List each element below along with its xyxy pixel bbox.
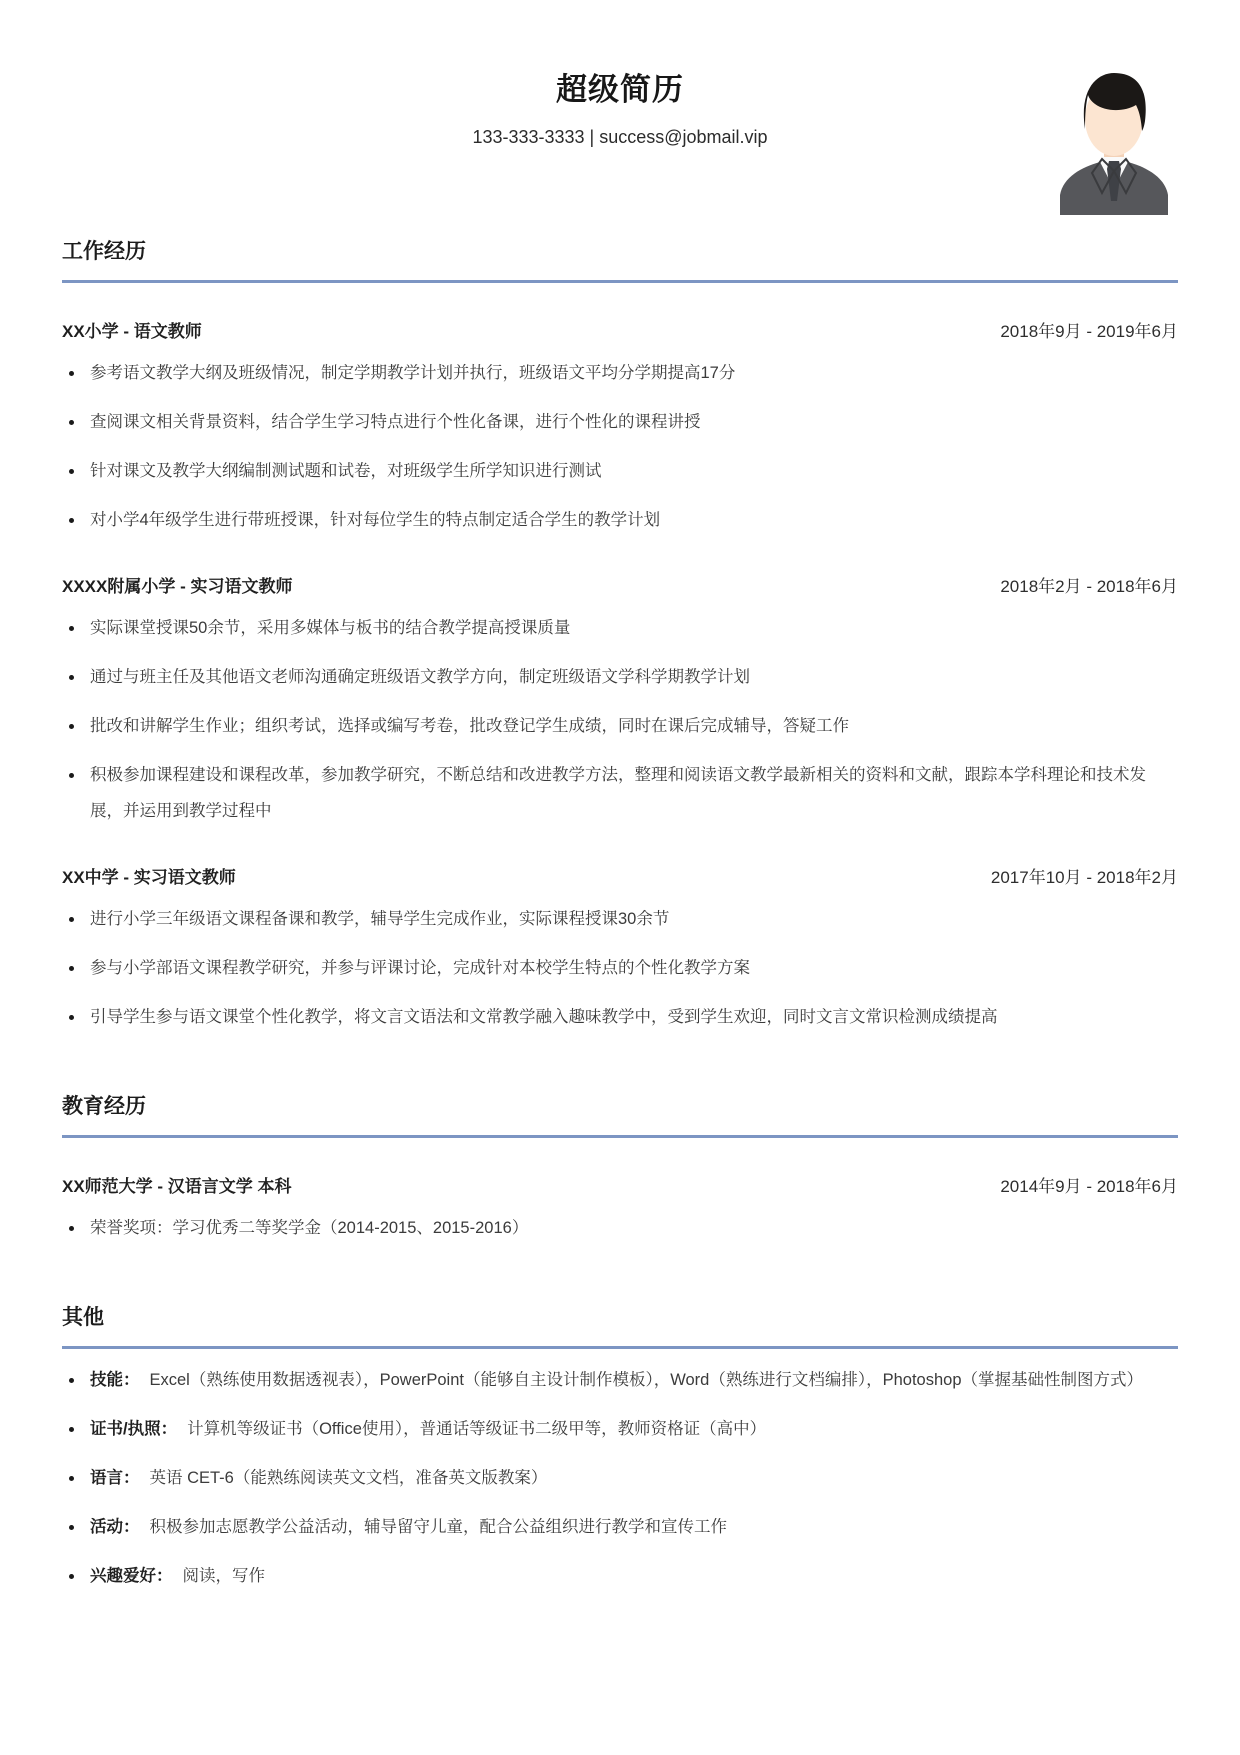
bullet-item: 进行小学三年级语文课程备课和教学，辅导学生完成作业，实际课程授课30余节	[62, 901, 1178, 937]
entry-header: XXXX附属小学 - 实习语文教师 2018年2月 - 2018年6月	[62, 572, 1178, 597]
bullet-content: 引导学生参与语文课堂个性化教学，将文言文语法和文常教学融入趣味教学中，受到学生欢…	[90, 1008, 998, 1026]
bullet-list: 荣誉奖项：学习优秀二等奖学金（2014-2015、2015-2016）	[62, 1210, 1178, 1246]
resume-body: 工作经历 XX小学 - 语文教师 2018年9月 - 2019年6月 参考语文教…	[62, 238, 1178, 1594]
section-title: 其他	[62, 1304, 1178, 1331]
bullet-item: 针对课文及教学大纲编制测试题和试卷，对班级学生所学知识进行测试	[62, 453, 1178, 489]
male-avatar-icon	[1058, 67, 1170, 215]
bullet-text: 荣誉奖项：学习优秀二等奖学金（2014-2015、2015-2016）	[90, 1219, 528, 1237]
section-title: 工作经历	[62, 238, 1178, 265]
bullet-dot-icon	[69, 518, 74, 523]
bullet-item: 实际课堂授课50余节，采用多媒体与板书的结合教学提高授课质量	[62, 610, 1178, 646]
bullet-content: 通过与班主任及其他语文老师沟通确定班级语文教学方向，制定班级语文学科学期教学计划	[90, 668, 750, 686]
resume-section: 工作经历 XX小学 - 语文教师 2018年9月 - 2019年6月 参考语文教…	[62, 238, 1178, 1035]
bullet-dot-icon	[69, 469, 74, 474]
bullet-content: 批改和讲解学生作业；组织考试，选择或编写考卷，批改登记学生成绩，同时在课后完成辅…	[90, 717, 849, 735]
resume-entry: 技能：Excel（熟练使用数据透视表），PowerPoint（能够自主设计制作模…	[62, 1362, 1178, 1594]
entry-date: 2014年9月 - 2018年6月	[1000, 1172, 1178, 1197]
page-title: 超级简历	[62, 0, 1178, 110]
bullet-content: 活动：积极参加志愿教学公益活动，辅导留守儿童，配合公益组织进行教学和宣传工作	[90, 1518, 727, 1536]
bullet-dot-icon	[69, 675, 74, 680]
bullet-text: 对小学4年级学生进行带班授课，针对每位学生的特点制定适合学生的教学计划	[90, 511, 660, 529]
bullet-item: 引导学生参与语文课堂个性化教学，将文言文语法和文常教学融入趣味教学中，受到学生欢…	[62, 999, 1178, 1035]
bullet-dot-icon	[69, 1226, 74, 1231]
contact-info: 133-333-3333 | success@jobmail.vip	[62, 126, 1178, 148]
bullet-item: 批改和讲解学生作业；组织考试，选择或编写考卷，批改登记学生成绩，同时在课后完成辅…	[62, 708, 1178, 744]
bullet-text: 针对课文及教学大纲编制测试题和试卷，对班级学生所学知识进行测试	[90, 462, 602, 480]
entry-header: XX中学 - 实习语文教师 2017年10月 - 2018年2月	[62, 863, 1178, 888]
bullet-content: 参考语文教学大纲及班级情况，制定学期教学计划并执行，班级语文平均分学期提高17分	[90, 364, 735, 382]
bullet-dot-icon	[69, 1476, 74, 1481]
bullet-item: 通过与班主任及其他语文老师沟通确定班级语文教学方向，制定班级语文学科学期教学计划	[62, 659, 1178, 695]
bullet-content: 实际课堂授课50余节，采用多媒体与板书的结合教学提高授课质量	[90, 619, 570, 637]
bullet-dot-icon	[69, 1525, 74, 1530]
bullet-text: 积极参加志愿教学公益活动，辅导留守儿童，配合公益组织进行教学和宣传工作	[150, 1518, 728, 1536]
bullet-label: 技能：	[90, 1371, 140, 1389]
bullet-text: 参与小学部语文课程教学研究，并参与评课讨论，完成针对本校学生特点的个性化教学方案	[90, 959, 750, 977]
entry-heading: XXXX附属小学 - 实习语文教师	[62, 572, 292, 597]
bullet-dot-icon	[69, 773, 74, 778]
avatar	[1058, 67, 1170, 215]
bullet-label: 语言：	[90, 1469, 140, 1487]
bullet-dot-icon	[69, 1015, 74, 1020]
entry-heading: XX师范大学 - 汉语言文学 本科	[62, 1172, 292, 1197]
section-title: 教育经历	[62, 1093, 1178, 1120]
resume-section: 教育经历 XX师范大学 - 汉语言文学 本科 2014年9月 - 2018年6月…	[62, 1093, 1178, 1246]
section-divider	[62, 1135, 1178, 1138]
bullet-text: 进行小学三年级语文课程备课和教学，辅导学生完成作业，实际课程授课30余节	[90, 910, 669, 928]
resume-page: 超级简历 133-333-3333 | success@jobmail.vip	[0, 0, 1240, 1755]
bullet-content: 技能：Excel（熟练使用数据透视表），PowerPoint（能够自主设计制作模…	[90, 1371, 1143, 1389]
bullet-item: 查阅课文相关背景资料，结合学生学习特点进行个性化备课，进行个性化的课程讲授	[62, 404, 1178, 440]
entry-date: 2018年2月 - 2018年6月	[1000, 572, 1178, 597]
bullet-dot-icon	[69, 1574, 74, 1579]
resume-section: 其他 技能：Excel（熟练使用数据透视表），PowerPoint（能够自主设计…	[62, 1304, 1178, 1594]
bullet-label: 证书/执照：	[90, 1420, 177, 1438]
bullet-content: 积极参加课程建设和课程改革，参加教学研究，不断总结和改进教学方法，整理和阅读语文…	[90, 766, 1146, 820]
bullet-dot-icon	[69, 1378, 74, 1383]
bullet-text: Excel（熟练使用数据透视表），PowerPoint（能够自主设计制作模板），…	[150, 1371, 1144, 1389]
bullet-item: 语言：英语 CET-6（能熟练阅读英文文档，准备英文版教案）	[62, 1460, 1178, 1496]
bullet-content: 进行小学三年级语文课程备课和教学，辅导学生完成作业，实际课程授课30余节	[90, 910, 669, 928]
bullet-item: 参与小学部语文课程教学研究，并参与评课讨论，完成针对本校学生特点的个性化教学方案	[62, 950, 1178, 986]
bullet-content: 针对课文及教学大纲编制测试题和试卷，对班级学生所学知识进行测试	[90, 462, 602, 480]
bullet-item: 荣誉奖项：学习优秀二等奖学金（2014-2015、2015-2016）	[62, 1210, 1178, 1246]
bullet-dot-icon	[69, 420, 74, 425]
bullet-content: 对小学4年级学生进行带班授课，针对每位学生的特点制定适合学生的教学计划	[90, 511, 660, 529]
bullet-item: 积极参加课程建设和课程改革，参加教学研究，不断总结和改进教学方法，整理和阅读语文…	[62, 757, 1178, 829]
bullet-label: 活动：	[90, 1518, 140, 1536]
bullet-list: 参考语文教学大纲及班级情况，制定学期教学计划并执行，班级语文平均分学期提高17分…	[62, 355, 1178, 538]
resume-entry: XX师范大学 - 汉语言文学 本科 2014年9月 - 2018年6月 荣誉奖项…	[62, 1172, 1178, 1246]
bullet-dot-icon	[69, 724, 74, 729]
bullet-list: 进行小学三年级语文课程备课和教学，辅导学生完成作业，实际课程授课30余节 参与小…	[62, 901, 1178, 1035]
bullet-item: 活动：积极参加志愿教学公益活动，辅导留守儿童，配合公益组织进行教学和宣传工作	[62, 1509, 1178, 1545]
bullet-text: 积极参加课程建设和课程改革，参加教学研究，不断总结和改进教学方法，整理和阅读语文…	[90, 766, 1146, 820]
bullet-item: 兴趣爱好：阅读，写作	[62, 1558, 1178, 1594]
section-divider	[62, 280, 1178, 283]
entry-header: XX师范大学 - 汉语言文学 本科 2014年9月 - 2018年6月	[62, 1172, 1178, 1197]
bullet-text: 参考语文教学大纲及班级情况，制定学期教学计划并执行，班级语文平均分学期提高17分	[90, 364, 735, 382]
bullet-content: 证书/执照：计算机等级证书（Office使用），普通话等级证书二级甲等，教师资格…	[90, 1420, 766, 1438]
bullet-item: 参考语文教学大纲及班级情况，制定学期教学计划并执行，班级语文平均分学期提高17分	[62, 355, 1178, 391]
resume-entry: XX小学 - 语文教师 2018年9月 - 2019年6月 参考语文教学大纲及班…	[62, 317, 1178, 538]
bullet-list: 实际课堂授课50余节，采用多媒体与板书的结合教学提高授课质量 通过与班主任及其他…	[62, 610, 1178, 829]
bullet-text: 实际课堂授课50余节，采用多媒体与板书的结合教学提高授课质量	[90, 619, 570, 637]
bullet-content: 查阅课文相关背景资料，结合学生学习特点进行个性化备课，进行个性化的课程讲授	[90, 413, 701, 431]
bullet-text: 通过与班主任及其他语文老师沟通确定班级语文教学方向，制定班级语文学科学期教学计划	[90, 668, 750, 686]
bullet-content: 语言：英语 CET-6（能熟练阅读英文文档，准备英文版教案）	[90, 1469, 547, 1487]
bullet-content: 荣誉奖项：学习优秀二等奖学金（2014-2015、2015-2016）	[90, 1219, 528, 1237]
bullet-item: 技能：Excel（熟练使用数据透视表），PowerPoint（能够自主设计制作模…	[62, 1362, 1178, 1398]
entry-heading: XX中学 - 实习语文教师	[62, 863, 236, 888]
bullet-content: 参与小学部语文课程教学研究，并参与评课讨论，完成针对本校学生特点的个性化教学方案	[90, 959, 750, 977]
section-divider	[62, 1346, 1178, 1349]
entry-header: XX小学 - 语文教师 2018年9月 - 2019年6月	[62, 317, 1178, 342]
entry-heading: XX小学 - 语文教师	[62, 317, 202, 342]
resume-entry: XXXX附属小学 - 实习语文教师 2018年2月 - 2018年6月 实际课堂…	[62, 572, 1178, 829]
bullet-dot-icon	[69, 1427, 74, 1432]
resume-entry: XX中学 - 实习语文教师 2017年10月 - 2018年2月 进行小学三年级…	[62, 863, 1178, 1035]
bullet-content: 兴趣爱好：阅读，写作	[90, 1567, 265, 1585]
bullet-text: 计算机等级证书（Office使用），普通话等级证书二级甲等，教师资格证（高中）	[187, 1420, 766, 1438]
bullet-label: 兴趣爱好：	[90, 1567, 173, 1585]
bullet-dot-icon	[69, 917, 74, 922]
bullet-dot-icon	[69, 371, 74, 376]
resume-header: 超级简历 133-333-3333 | success@jobmail.vip	[62, 0, 1178, 148]
section-body: XX师范大学 - 汉语言文学 本科 2014年9月 - 2018年6月 荣誉奖项…	[62, 1172, 1178, 1246]
bullet-text: 批改和讲解学生作业；组织考试，选择或编写考卷，批改登记学生成绩，同时在课后完成辅…	[90, 717, 849, 735]
entry-date: 2018年9月 - 2019年6月	[1000, 317, 1178, 342]
bullet-text: 查阅课文相关背景资料，结合学生学习特点进行个性化备课，进行个性化的课程讲授	[90, 413, 701, 431]
entry-date: 2017年10月 - 2018年2月	[991, 863, 1178, 888]
bullet-dot-icon	[69, 626, 74, 631]
bullet-item: 对小学4年级学生进行带班授课，针对每位学生的特点制定适合学生的教学计划	[62, 502, 1178, 538]
bullet-text: 引导学生参与语文课堂个性化教学，将文言文语法和文常教学融入趣味教学中，受到学生欢…	[90, 1008, 998, 1026]
section-body: XX小学 - 语文教师 2018年9月 - 2019年6月 参考语文教学大纲及班…	[62, 317, 1178, 1035]
bullet-text: 英语 CET-6（能熟练阅读英文文档，准备英文版教案）	[150, 1469, 548, 1487]
section-body: 技能：Excel（熟练使用数据透视表），PowerPoint（能够自主设计制作模…	[62, 1362, 1178, 1594]
bullet-item: 证书/执照：计算机等级证书（Office使用），普通话等级证书二级甲等，教师资格…	[62, 1411, 1178, 1447]
bullet-dot-icon	[69, 966, 74, 971]
bullet-list: 技能：Excel（熟练使用数据透视表），PowerPoint（能够自主设计制作模…	[62, 1362, 1178, 1594]
bullet-text: 阅读，写作	[183, 1567, 266, 1585]
